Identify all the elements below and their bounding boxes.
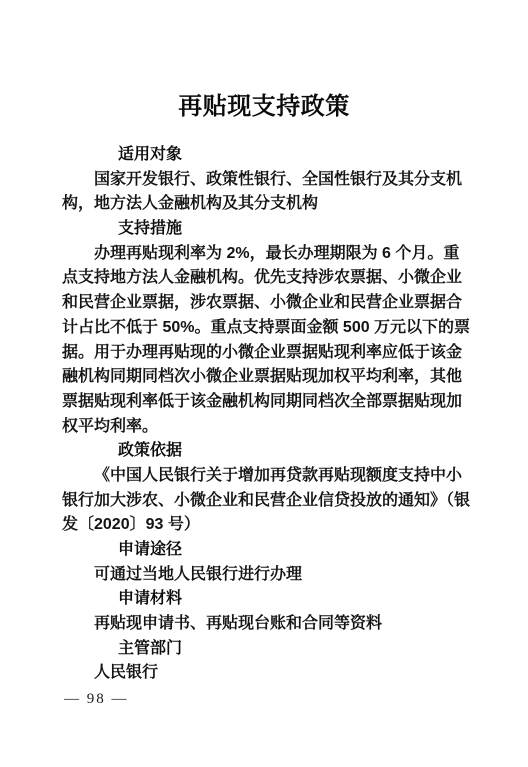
body-line: 权平均利率。: [62, 415, 466, 440]
page-number: — 98 —: [64, 691, 129, 708]
body-line: 据。用于办理再贴现的小微企业票据贴现利率应低于该金: [62, 341, 466, 366]
body-line: 再贴现申请书、再贴现台账和合同等资料: [62, 612, 466, 637]
body-line: 点支持地方法人金融机构。优先支持涉农票据、小微企业: [62, 266, 466, 291]
body-line: 和民营企业票据，涉农票据、小微企业和民营企业票据合: [62, 291, 466, 316]
body-line: 银行加大涉农、小微企业和民营企业信贷投放的通知》（银: [62, 489, 466, 514]
document-page: 再贴现支持政策 适用对象国家开发银行、政策性银行、全国性银行及其分支机构，地方法…: [0, 0, 528, 767]
body-line: 人民银行: [62, 661, 466, 686]
body-line: 融机构同期同档次小微企业票据贴现加权平均利率，其他: [62, 365, 466, 390]
section-heading: 申请途径: [62, 538, 466, 563]
body-line: 计占比不低于 50%。重点支持票面金额 500 万元以下的票: [62, 316, 466, 341]
section-heading: 主管部门: [62, 637, 466, 662]
body-line: 《中国人民银行关于增加再贷款再贴现额度支持中小: [62, 464, 466, 489]
body-line: 票据贴现利率低于该金融机构同期同档次全部票据贴现加: [62, 390, 466, 415]
page-title: 再贴现支持政策: [0, 86, 528, 121]
body-line: 办理再贴现利率为 2%，最长办理期限为 6 个月。重: [62, 242, 466, 267]
section-heading: 申请材料: [62, 587, 466, 612]
body-line: 国家开发银行、政策性银行、全国性银行及其分支机: [62, 168, 466, 193]
section-heading: 适用对象: [62, 143, 466, 168]
document-body: 适用对象国家开发银行、政策性银行、全国性银行及其分支机构，地方法人金融机构及其分…: [62, 143, 466, 686]
section-heading: 政策依据: [62, 439, 466, 464]
section-heading: 支持措施: [62, 217, 466, 242]
body-line: 发〔2020〕93 号）: [62, 513, 466, 538]
body-line: 可通过当地人民银行进行办理: [62, 563, 466, 588]
body-line: 构，地方法人金融机构及其分支机构: [62, 192, 466, 217]
